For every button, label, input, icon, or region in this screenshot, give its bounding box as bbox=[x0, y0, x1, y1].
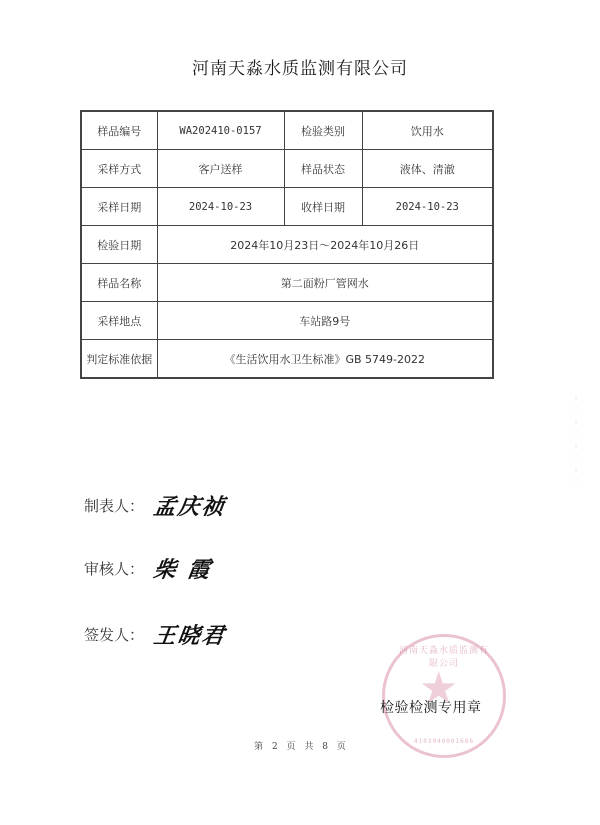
value-standard-basis: 《生活饮用水卫生标准》GB 5749-2022 bbox=[157, 340, 493, 379]
table-row: 检验日期 2024年10月23日～2024年10月26日 bbox=[81, 226, 493, 264]
signature-label: 制表人： bbox=[84, 495, 154, 516]
table-row: 判定标准依据 《生活饮用水卫生标准》GB 5749-2022 bbox=[81, 340, 493, 379]
label-receipt-date: 收样日期 bbox=[284, 188, 362, 226]
label-standard-basis: 判定标准依据 bbox=[81, 340, 157, 379]
signature-label: 签发人： bbox=[84, 624, 154, 645]
label-sampling-date: 采样日期 bbox=[81, 188, 157, 226]
perforation-seal-marks: ⁝⁚⁝⁚⁝⁚⁝⁚ bbox=[570, 392, 582, 492]
label-sample-id: 样品编号 bbox=[81, 111, 157, 150]
value-test-category: 饮用水 bbox=[362, 111, 493, 150]
handwritten-signature: 柴 霞 bbox=[152, 553, 214, 584]
value-sampling-location: 车站路9号 bbox=[157, 302, 493, 340]
label-test-category: 检验类别 bbox=[284, 111, 362, 150]
sample-info-table: 样品编号 WA202410-0157 检验类别 饮用水 采样方式 客户送样 样品… bbox=[80, 110, 494, 379]
label-sampling-location: 采样地点 bbox=[81, 302, 157, 340]
value-sample-state: 液体、清澈 bbox=[362, 150, 493, 188]
value-sample-id: WA202410-0157 bbox=[157, 111, 284, 150]
table-row: 采样方式 客户送样 样品状态 液体、清澈 bbox=[81, 150, 493, 188]
signature-preparer: 制表人： 孟庆祯 bbox=[84, 490, 226, 521]
label-sample-name: 样品名称 bbox=[81, 264, 157, 302]
seal-caption: 检验检测专用章 bbox=[380, 697, 482, 717]
table-row: 采样日期 2024-10-23 收样日期 2024-10-23 bbox=[81, 188, 493, 226]
signature-reviewer: 审核人： 柴 霞 bbox=[84, 553, 212, 584]
table-row: 采样地点 车站路9号 bbox=[81, 302, 493, 340]
handwritten-signature: 王晓君 bbox=[152, 619, 228, 650]
value-sampling-method: 客户送样 bbox=[157, 150, 284, 188]
signature-label: 审核人： bbox=[84, 558, 154, 579]
label-sample-state: 样品状态 bbox=[284, 150, 362, 188]
handwritten-signature: 孟庆祯 bbox=[152, 490, 228, 521]
label-sampling-method: 采样方式 bbox=[81, 150, 157, 188]
page-number: 第 2 页 共 8 页 bbox=[0, 739, 600, 752]
signature-issuer: 签发人： 王晓君 bbox=[84, 619, 226, 650]
value-sampling-date: 2024-10-23 bbox=[157, 188, 284, 226]
value-test-date: 2024年10月23日～2024年10月26日 bbox=[157, 226, 493, 264]
table-row: 样品编号 WA202410-0157 检验类别 饮用水 bbox=[81, 111, 493, 150]
table-row: 样品名称 第二面粉厂管网水 bbox=[81, 264, 493, 302]
label-test-date: 检验日期 bbox=[81, 226, 157, 264]
value-receipt-date: 2024-10-23 bbox=[362, 188, 493, 226]
company-title: 河南天淼水质监测有限公司 bbox=[0, 54, 600, 79]
value-sample-name: 第二面粉厂管网水 bbox=[157, 264, 493, 302]
